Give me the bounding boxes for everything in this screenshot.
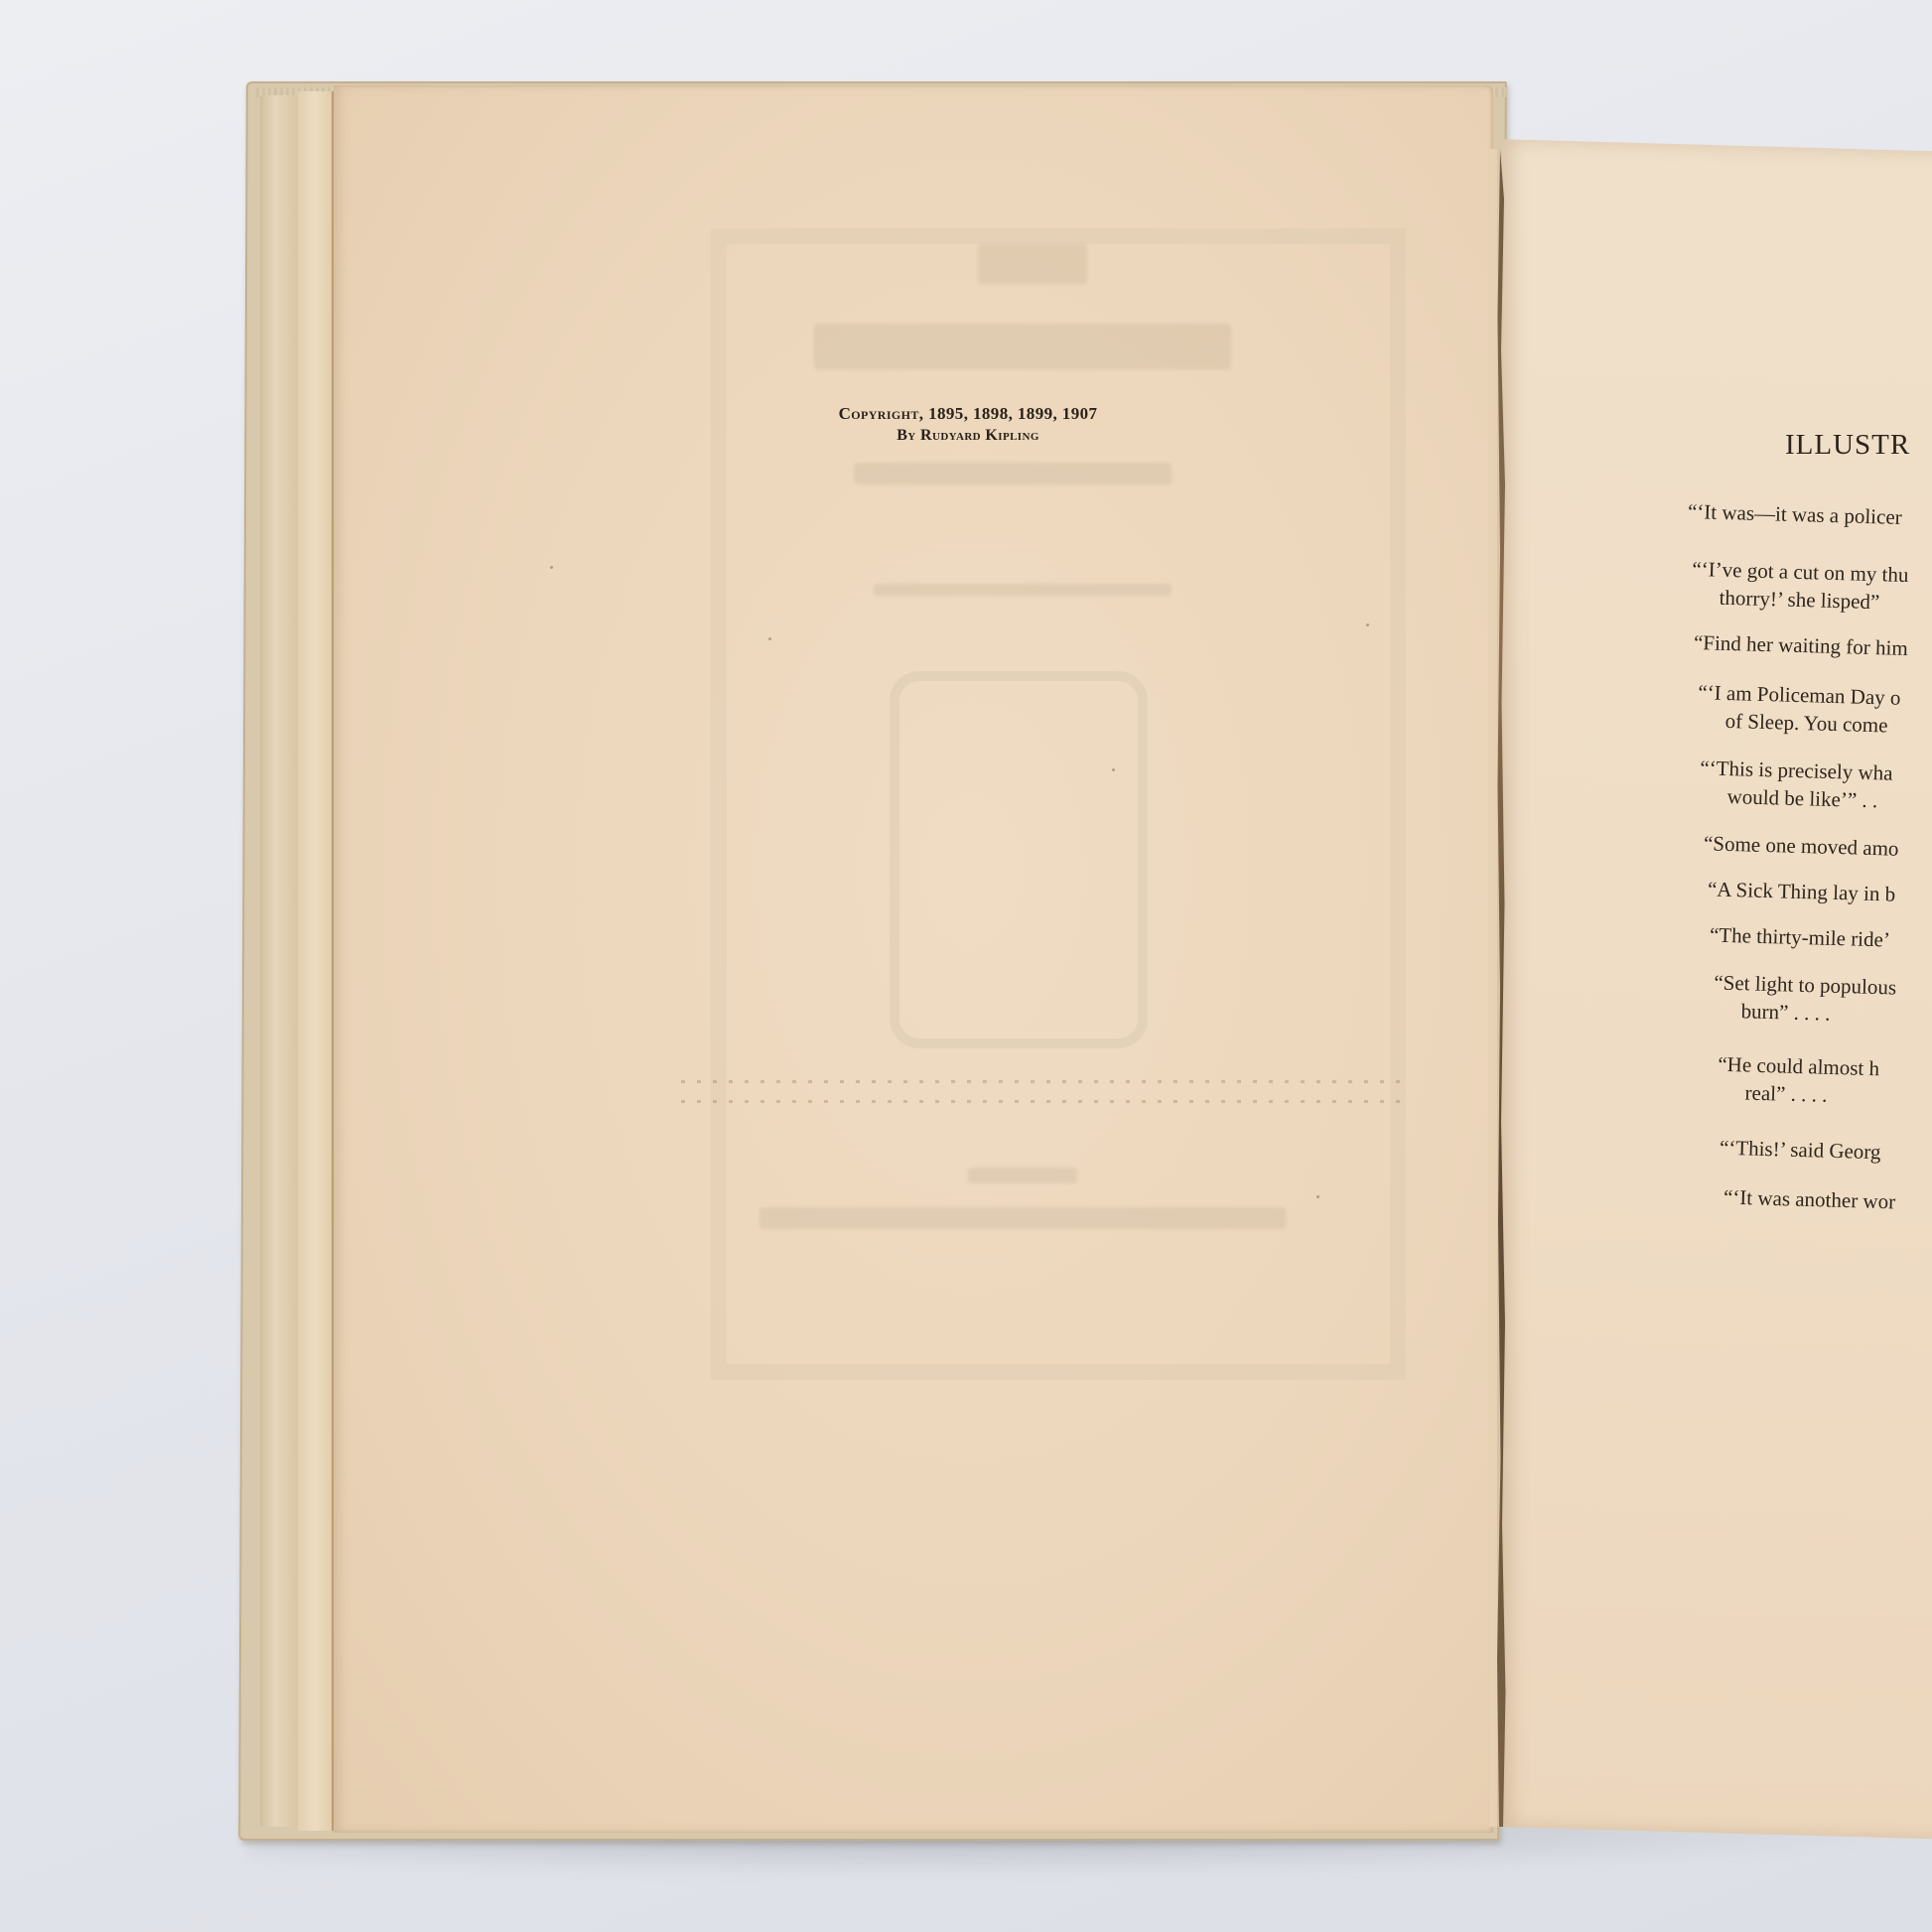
- list-item: “‘It was—it was a policer: [1688, 497, 1902, 531]
- list-item-continuation: burn” . . . .: [1713, 996, 1895, 1029]
- copyright-notice: Copyright, 1895, 1898, 1899, 1907 By Rud…: [334, 403, 1493, 447]
- list-item: “A Sick Thing lay in b: [1708, 875, 1896, 907]
- list-item: “Some one moved amo: [1704, 829, 1899, 862]
- list-item-text: “The thirty-mile ride’: [1710, 922, 1891, 951]
- list-item-text: “Find her waiting for him: [1694, 630, 1908, 660]
- list-item: “Find her waiting for him: [1694, 628, 1908, 662]
- left-page-copyright: Copyright, 1895, 1898, 1899, 1907 By Rud…: [334, 85, 1493, 1833]
- show-through-title-2: [814, 324, 1231, 369]
- list-item-continuation: would be like’” . .: [1699, 781, 1892, 814]
- list-item-text: “‘This is precisely wha: [1700, 756, 1893, 784]
- endpaper-fold: [260, 95, 301, 1827]
- copyright-years: Copyright, 1895, 1898, 1899, 1907: [443, 403, 1493, 425]
- list-item: “‘This is precisely wha would be like’” …: [1699, 754, 1893, 814]
- list-item: “‘I am Policeman Day o of Sleep. You com…: [1697, 678, 1901, 740]
- show-through-author: [854, 463, 1172, 484]
- show-through-title: [978, 244, 1087, 284]
- list-item-text: “‘It was another wor: [1724, 1185, 1896, 1214]
- list-item: “‘It was another wor: [1724, 1183, 1896, 1216]
- copyright-author: By Rudyard Kipling: [443, 425, 1493, 447]
- show-through-note: [874, 584, 1172, 596]
- show-through-rule: [681, 1080, 1406, 1083]
- paper-speck: [1112, 768, 1115, 771]
- paper-speck: [550, 566, 553, 569]
- list-item-text: “Set light to populous: [1714, 970, 1896, 999]
- list-item: “Set light to populous burn” . . . .: [1713, 968, 1896, 1029]
- list-item: “The thirty-mile ride’: [1710, 920, 1891, 953]
- paper-speck: [1316, 1195, 1319, 1198]
- show-through-city: [968, 1168, 1077, 1183]
- list-item: “‘I’ve got a cut on my thu thorry!’ she …: [1691, 555, 1909, 617]
- show-through-rule-2: [681, 1100, 1406, 1103]
- list-item-text: “‘This!’ said Georg: [1720, 1136, 1881, 1165]
- paper-speck: [1366, 623, 1369, 626]
- list-item-text: “He could almost h: [1718, 1052, 1879, 1081]
- list-item: “He could almost h real” . . . .: [1717, 1050, 1879, 1111]
- endpaper-fold-inner: [298, 91, 335, 1831]
- list-item-continuation: real” . . . .: [1717, 1078, 1878, 1111]
- list-item-text: “‘It was—it was a policer: [1688, 499, 1902, 529]
- illustrations-heading: ILLUSTR: [1785, 429, 1910, 462]
- list-item-text: “‘I am Policeman Day o: [1698, 680, 1901, 710]
- list-item-continuation: of Sleep. You come: [1697, 706, 1900, 740]
- show-through-emblem: [890, 671, 1148, 1048]
- paper-speck: [768, 637, 771, 640]
- list-item-text: “A Sick Thing lay in b: [1708, 877, 1896, 905]
- list-item-text: “Some one moved amo: [1704, 831, 1899, 860]
- list-item: “‘This!’ said Georg: [1720, 1134, 1881, 1167]
- photo-scene: Copyright, 1895, 1898, 1899, 1907 By Rud…: [0, 0, 1932, 1932]
- list-item-text: “‘I’ve got a cut on my thu: [1692, 557, 1909, 587]
- show-through-publisher: [759, 1207, 1286, 1229]
